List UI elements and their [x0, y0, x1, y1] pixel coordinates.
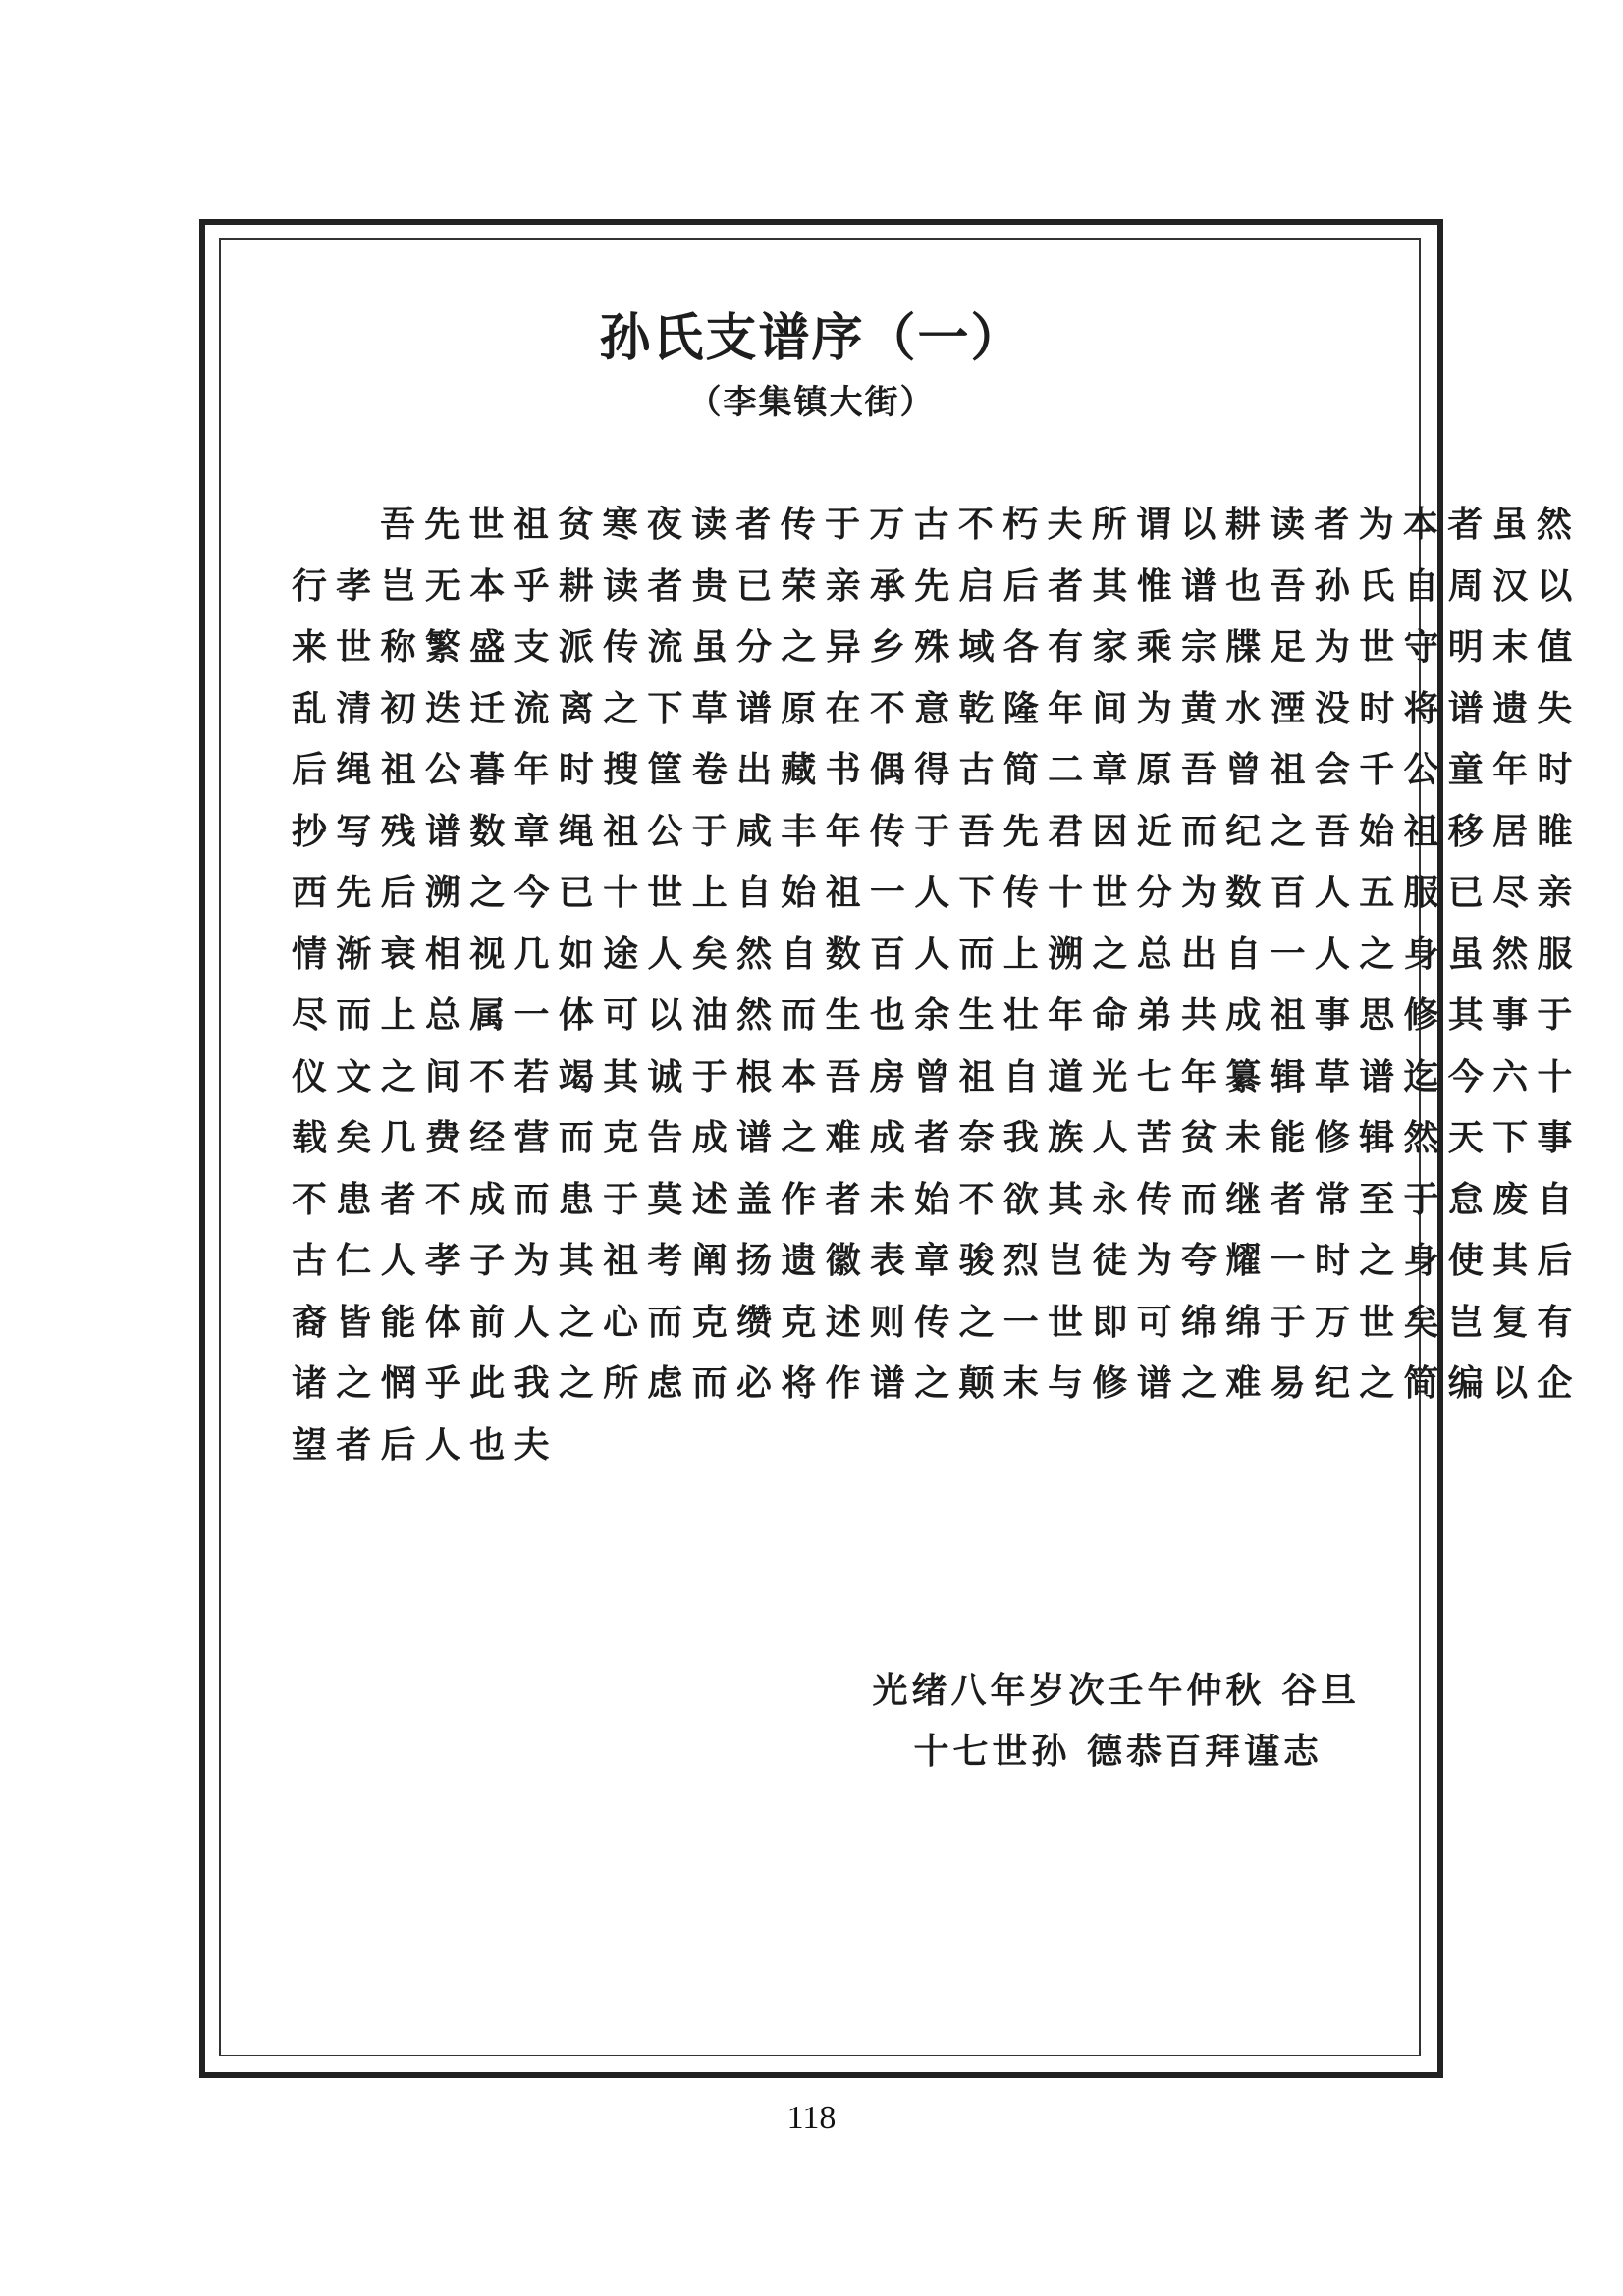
body-line: 情渐衰相视几如途人矣然自数百人而上溯之总出自一人之身虽然服 [292, 929, 1362, 990]
body-line: 后绳祖公暮年时搜筐卷出藏书偶得古简二章原吾曾祖会千公童年时 [292, 744, 1362, 806]
body-line: 裔皆能体前人之心而克缵克述则传之一世即可绵绵于万世矣岂复有 [292, 1297, 1362, 1359]
body-line: 西先后溯之今已十世上自始祖一人下传十世分为数百人五服已尽亲 [292, 867, 1362, 929]
body-line: 行孝岂无本乎耕读者贵已荣亲承先启后者其惟谱也吾孙氏自周汉以 [292, 561, 1362, 622]
body-line: 不患者不成而患于莫述盖作者未始不欲其永传而继者常至于怠废自 [292, 1174, 1362, 1236]
body-line: 古仁人孝子为其祖考阐扬遗徽表章骏烈岂徒为夸耀一时之身使其后 [292, 1235, 1362, 1297]
body-line: 望者后人也夫 [292, 1419, 1362, 1481]
document-subtitle: （李集镇大街） [0, 379, 1623, 426]
body-line: 乱清初迭迁流离之下草谱原在不意乾隆年间为黄水湮没时将谱遗失 [292, 683, 1362, 745]
signature-author: 十七世孙 德恭百拜谨志 [913, 1726, 1323, 1779]
body-line: 载矣几费经营而克告成谱之难成者奈我族人苦贫未能修辑然天下事 [292, 1112, 1362, 1174]
body-line: 抄写残谱数章绳祖公于咸丰年传于吾先君因近而纪之吾始祖移居睢 [292, 806, 1362, 868]
page-number: 118 [0, 2099, 1623, 2138]
preface-body: 吾先世祖贫寒夜读者传于万古不朽夫所谓以耕读者为本者虽然 行孝岂无本乎耕读者贵已荣… [292, 499, 1362, 1480]
body-line: 尽而上总属一体可以油然而生也余生壮年命弟共成祖事思修其事于 [292, 989, 1362, 1051]
body-line: 来世称繁盛支派传流虽分之异乡殊域各有家乘宗牒足为世守明末值 [292, 621, 1362, 683]
body-line: 诸之惘乎此我之所虑而必将作谱之颠末与修谱之难易纪之简编以企 [292, 1358, 1362, 1419]
signature-date: 光绪八年岁次壬午仲秋 谷旦 [872, 1665, 1360, 1718]
body-line: 仪文之间不若竭其诚于根本吾房曾祖自道光七年纂辑草谱迄今六十 [292, 1051, 1362, 1113]
body-line: 吾先世祖贫寒夜读者传于万古不朽夫所谓以耕读者为本者虽然 [292, 499, 1362, 561]
document-title: 孙氏支谱序（一） [0, 304, 1623, 373]
